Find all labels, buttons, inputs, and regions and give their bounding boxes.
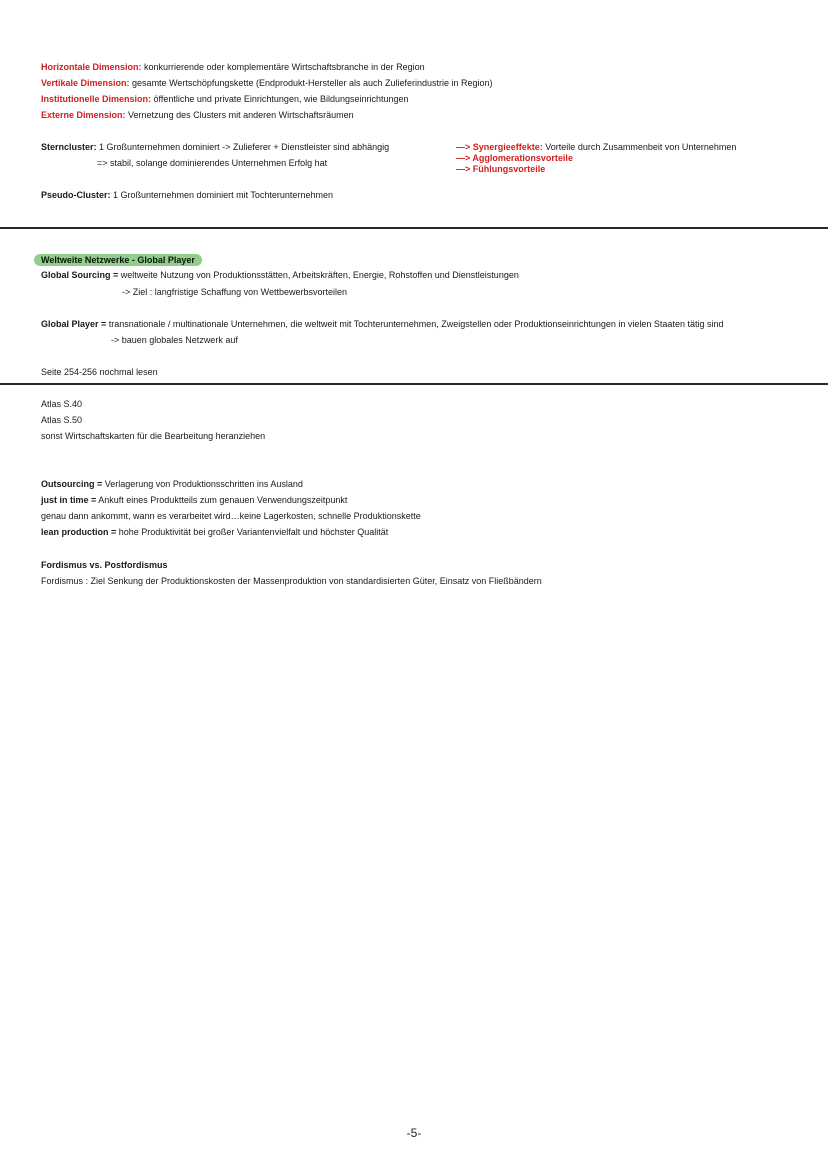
fordismus-definition: Fordismus : Ziel Senkung der Produktions…	[41, 576, 542, 587]
sterncluster-note: => stabil, solange dominierendes Unterne…	[97, 158, 327, 169]
term-label: Pseudo-Cluster:	[41, 190, 111, 200]
outsourcing-definition: Outsourcing = Verlagerung von Produktion…	[41, 479, 303, 490]
reading-note: Seite 254-256 nochmal lesen	[41, 367, 158, 378]
term-label: —> Fühlungsvorteile	[456, 164, 545, 174]
term-label: Vertikale Dimension:	[41, 78, 130, 88]
effect-agglomeration: —> Agglomerationsvorteile	[456, 153, 573, 164]
term-label: Sterncluster:	[41, 142, 97, 152]
global-player-note: -> bauen globales Netzwerk auf	[111, 335, 238, 346]
atlas-note: Atlas S.40	[41, 399, 82, 410]
section-divider	[0, 227, 828, 229]
pseudo-cluster-definition: Pseudo-Cluster: 1 Großunternehmen domini…	[41, 190, 333, 201]
sterncluster-definition: Sterncluster: 1 Großunternehmen dominier…	[41, 142, 389, 153]
jit-definition: just in time = Ankuft eines Produktteils…	[41, 495, 347, 506]
global-player-definition: Global Player = transnationale / multina…	[41, 319, 723, 330]
term-text: weltweite Nutzung von Produktionsstätten…	[118, 270, 519, 280]
dimension-vertical: Vertikale Dimension: gesamte Wertschöpfu…	[41, 78, 493, 89]
term-label: Global Sourcing =	[41, 270, 118, 280]
term-text: 1 Großunternehmen dominiert mit Tochteru…	[111, 190, 333, 200]
term-label: lean production =	[41, 527, 116, 537]
term-text: konkurrierende oder komplementäre Wirtsc…	[142, 62, 425, 72]
section-divider	[0, 383, 828, 385]
lean-production-definition: lean production = hohe Produktivität bei…	[41, 527, 388, 538]
global-sourcing-definition: Global Sourcing = weltweite Nutzung von …	[41, 270, 519, 281]
effect-fuehlung: —> Fühlungsvorteile	[456, 164, 545, 175]
global-sourcing-goal: -> Ziel : langfristige Schaffung von Wet…	[122, 287, 347, 298]
term-text: Ankuft eines Produktteils zum genauen Ve…	[96, 495, 347, 505]
term-text: Verlagerung von Produktionsschritten ins…	[102, 479, 303, 489]
term-text: transnationale / multinationale Unterneh…	[106, 319, 723, 329]
term-label: Horizontale Dimension:	[41, 62, 142, 72]
term-text: Vorteile durch Zusammenbeit von Unterneh…	[543, 142, 737, 152]
term-label: just in time =	[41, 495, 96, 505]
dimension-institutional: Institutionelle Dimension: öffentliche u…	[41, 94, 409, 105]
atlas-note: Atlas S.50	[41, 415, 82, 426]
dimension-external: Externe Dimension: Vernetzung des Cluste…	[41, 110, 354, 121]
dimension-horizontal: Horizontale Dimension: konkurrierende od…	[41, 62, 425, 73]
term-label: Externe Dimension:	[41, 110, 126, 120]
term-text: hohe Produktivität bei großer Variantenv…	[116, 527, 388, 537]
term-text: öffentliche und private Einrichtungen, w…	[151, 94, 409, 104]
term-label: —> Synergieeffekte:	[456, 142, 543, 152]
term-label: Global Player =	[41, 319, 106, 329]
term-text: gesamte Wertschöpfungskette (Endprodukt-…	[130, 78, 493, 88]
term-text: Vernetzung des Clusters mit anderen Wirt…	[126, 110, 354, 120]
term-label: —> Agglomerationsvorteile	[456, 153, 573, 163]
term-text: 1 Großunternehmen dominiert -> Zuliefere…	[97, 142, 390, 152]
effect-synergy: —> Synergieeffekte: Vorteile durch Zusam…	[456, 142, 736, 153]
fordismus-heading: Fordismus vs. Postfordismus	[41, 560, 168, 571]
term-label: Institutionelle Dimension:	[41, 94, 151, 104]
jit-continuation: genau dann ankommt, wann es verarbeitet …	[41, 511, 421, 522]
atlas-note: sonst Wirtschaftskarten für die Bearbeit…	[41, 431, 265, 442]
page-number: -5-	[0, 1126, 828, 1140]
section-title: Weltweite Netzwerke - Global Player	[34, 254, 202, 266]
term-label: Outsourcing =	[41, 479, 102, 489]
